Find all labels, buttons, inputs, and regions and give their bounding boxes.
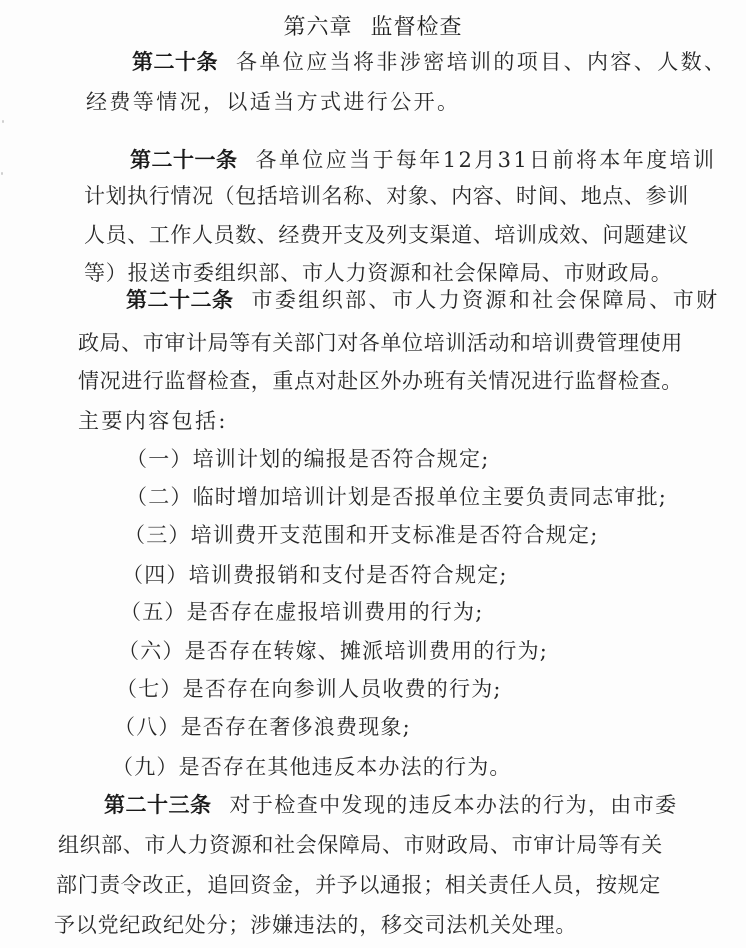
article-22-line-1: 第二十二条市委组织部、市人力资源和社会保障局、市财	[126, 290, 720, 311]
scan-speck	[2, 120, 4, 123]
article-label: 第二十一条	[130, 148, 238, 172]
article-23-line-1: 第二十三条对于检查中发现的违反本办法的行为，由市委	[104, 795, 678, 816]
article-21-line-1: 第二十一条各单位应当于每年12月31日前将本年度培训	[130, 150, 716, 171]
check-item-8: （八）是否存在奢侈浪费现象;	[114, 717, 411, 738]
scanned-document-page: 第六章监督检查 第二十条各单位应当将非涉密培训的项目、内容、人数、 经费等情况，…	[0, 0, 746, 948]
article-22-line-4: 主要内容包括:	[78, 411, 228, 432]
article-22-line-2: 政局、市审计局等有关部门对各单位培训活动和培训费管理使用	[78, 333, 683, 354]
article-20-line-2: 经费等情况，以适当方式进行公开。	[86, 92, 460, 113]
chapter-number: 第六章	[283, 15, 352, 40]
check-item-4: （四）培训费报销和支付是否符合规定;	[122, 565, 508, 586]
chapter-heading: 第六章监督检查	[0, 10, 746, 41]
article-21-line-4: 等）报送市委组织部、市人力资源和社会保障局、市财政局。	[84, 263, 673, 284]
paragraph-text: 各单位应当将非涉密培训的项目、内容、人数、	[236, 50, 727, 74]
article-23-line-2: 组织部、市人力资源和社会保障局、市财政局、市审计局等有关	[58, 835, 663, 856]
article-21-line-2: 计划执行情况（包括培训名称、对象、内容、时间、地点、参训	[84, 186, 689, 207]
check-item-3: （三）培训费开支范围和开支标准是否符合规定;	[124, 525, 598, 546]
article-21-line-3: 人员、工作人员数、经费开支及列支渠道、培训成效、问题建议	[84, 225, 689, 246]
paragraph-text: 对于检查中发现的违反本办法的行为，由市委	[230, 793, 678, 817]
article-20-line-1: 第二十条各单位应当将非涉密培训的项目、内容、人数、	[132, 52, 727, 73]
article-22-line-3: 情况进行监督检查，重点对赴区外办班有关情况进行监督检查。	[78, 371, 683, 392]
scan-speck	[1, 172, 3, 175]
article-label: 第二十二条	[126, 288, 234, 312]
paragraph-text: 市委组织部、市人力资源和社会保障局、市财	[252, 288, 720, 312]
check-item-9: （九）是否存在其他违反本办法的行为。	[112, 757, 512, 778]
paragraph-text: 各单位应当于每年12月31日前将本年度培训	[256, 148, 717, 172]
article-label: 第二十条	[132, 50, 218, 74]
article-23-line-4: 予以党纪政纪处分；涉嫌违法的，移交司法机关处理。	[54, 915, 577, 936]
check-item-6: （六）是否存在转嫁、摊派培训费用的行为;	[118, 641, 548, 662]
chapter-name: 监督检查	[371, 15, 463, 40]
article-label: 第二十三条	[104, 793, 212, 817]
check-item-7: （七）是否存在向参训人员收费的行为;	[116, 679, 502, 700]
check-item-1: （一）培训计划的编报是否符合规定;	[126, 449, 489, 470]
check-item-2: （二）临时增加培训计划是否报单位主要负责同志审批;	[126, 487, 667, 508]
check-item-5: （五）是否存在虚报培训费用的行为;	[120, 602, 483, 623]
article-23-line-3: 部门责令改正，追回资金，并予以通报；相关责任人员，按规定	[56, 875, 661, 896]
